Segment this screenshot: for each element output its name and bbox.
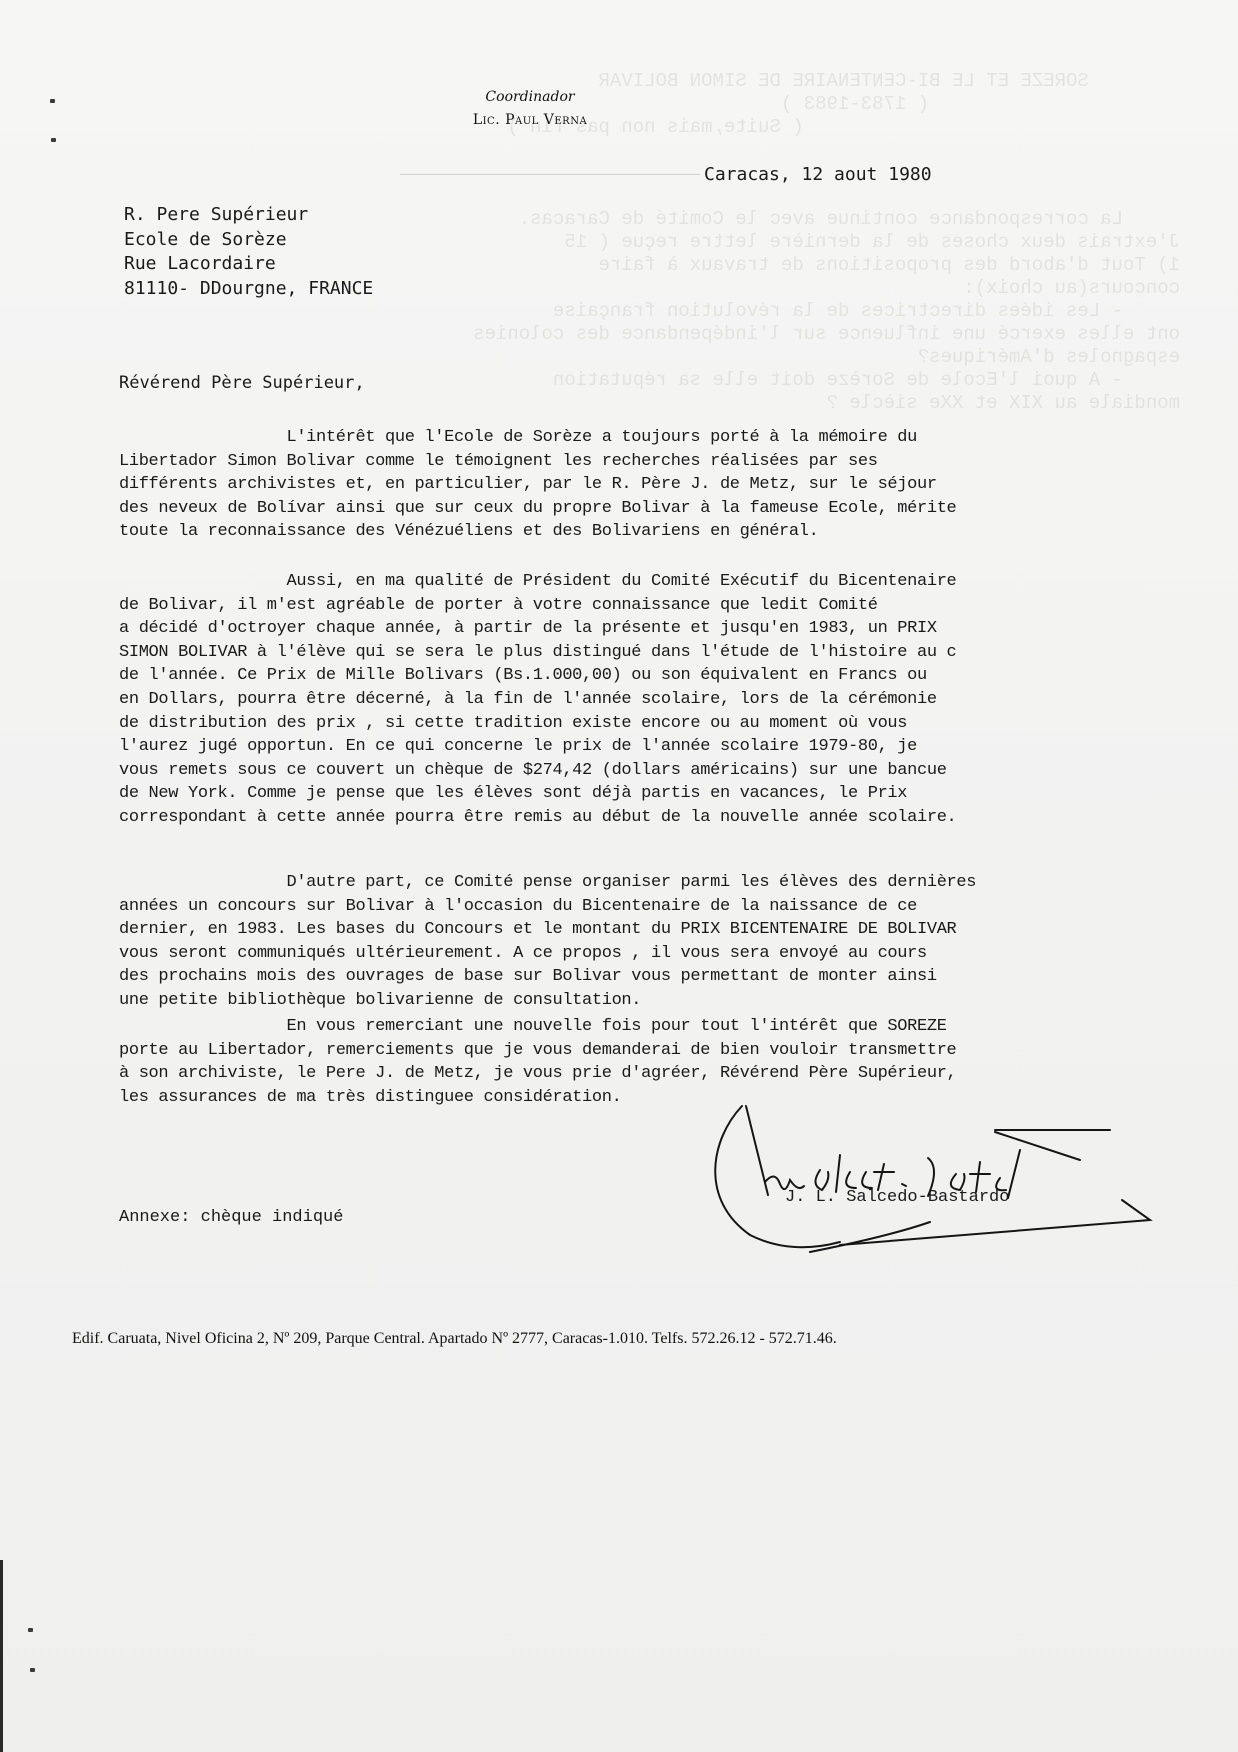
salutation: Révérend Père Supérieur,: [119, 373, 365, 393]
letterhead-title: Coordinador: [380, 88, 680, 106]
handwritten-signature: [690, 1100, 1170, 1270]
binding-hole-mark: [51, 138, 56, 142]
binding-hole-mark: [30, 1668, 35, 1672]
annex-note: Annexe: chèque indiqué: [119, 1208, 343, 1227]
body-paragraph: L'intérêt que l'Ecole de Sorèze a toujou…: [119, 426, 1238, 544]
header-divider: [400, 174, 700, 175]
letterhead-name: Lic. Paul Verna: [380, 112, 680, 128]
body-paragraph: En vous remerciant une nouvelle fois pou…: [119, 1015, 1238, 1109]
letter-date: Caracas, 12 aout 1980: [704, 164, 932, 185]
binding-hole-mark: [28, 1628, 33, 1632]
body-paragraph: Aussi, en ma qualité de Président du Com…: [119, 570, 1238, 830]
binding-hole-mark: [50, 99, 55, 103]
body-paragraph: D'autre part, ce Comité pense organiser …: [119, 871, 1238, 1013]
signer-name: J. L. Salcedo-Bastardo: [785, 1188, 1009, 1207]
scan-edge: [0, 1560, 3, 1752]
recipient-address: R. Pere Supérieur Ecole de Sorèze Rue La…: [124, 203, 373, 301]
letter-page: SOREZE ET LE BI-CENTENAIRE DE SIMON BOLI…: [0, 0, 1238, 1752]
letterhead: Coordinador Lic. Paul Verna: [380, 88, 680, 128]
letterhead-footer-address: Edif. Caruata, Nivel Oficina 2, Nº 209, …: [72, 1330, 837, 1348]
